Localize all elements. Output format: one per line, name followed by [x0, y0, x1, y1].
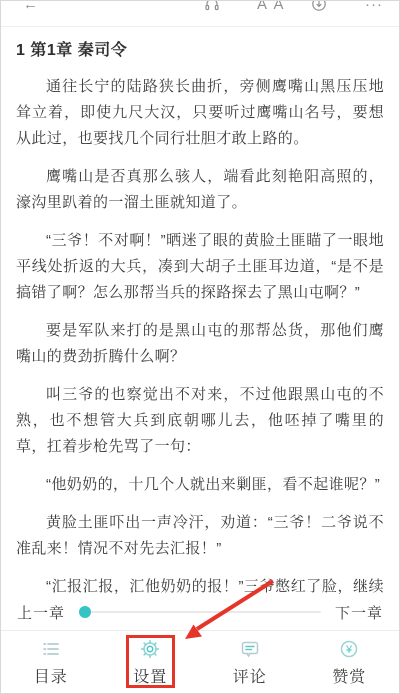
tab-comments[interactable]: 评论 — [200, 638, 300, 687]
yuan-symbol: ¥ — [345, 643, 353, 655]
download-icon[interactable] — [311, 1, 327, 17]
paragraph: 叫三爷的也察觉出不对来，不过他跟黑山屯的不熟，也不想管大兵到底朝哪儿去，他呸掉了… — [16, 382, 384, 460]
comment-icon — [239, 638, 261, 660]
chapter-progress-slider[interactable] — [79, 606, 325, 618]
back-icon[interactable]: ← — [23, 1, 38, 14]
more-icon[interactable]: ··· — [365, 1, 383, 14]
listen-headset-icon[interactable] — [204, 1, 220, 17]
paragraph: 通往长宁的陆路狭长曲折，旁侧鹰嘴山黑压压地耸立着，即使九尺大汉，只要听过鹰嘴山名… — [16, 74, 384, 152]
paragraph: “三爷！不对啊！”晒迷了眼的黄脸土匪瞄了一眼地平线处折返的大兵，凑到大胡子土匪耳… — [16, 228, 384, 306]
bottom-tab-bar: 目录 设置 — [1, 631, 399, 693]
paragraph: 黄脸土匪吓出一声冷汗，劝道：“三爷！二爷说不准乱来！情况不对先去汇报！” — [16, 510, 384, 562]
next-chapter-button[interactable]: 下一章 — [335, 602, 383, 623]
prev-chapter-button[interactable]: 上一章 — [17, 602, 65, 623]
reader-footer: 上一章 下一章 目录 — [1, 594, 399, 693]
paragraph: 鹰嘴山是否真那么骇人，端看此刻艳阳高照的，濠沟里趴着的一溜土匪就知道了。 — [16, 164, 384, 216]
paragraph: “他奶奶的，十几个人就出来剿匪，看不起谁呢？” — [16, 472, 384, 498]
tab-catalog[interactable]: 目录 — [1, 638, 101, 687]
tab-settings[interactable]: 设置 — [101, 638, 201, 687]
tab-label: 设置 — [133, 664, 167, 687]
top-app-bar: ← A A ··· — [1, 1, 399, 27]
tab-label: 目录 — [34, 664, 68, 687]
tab-label: 评论 — [233, 664, 267, 687]
chapter-progress-row: 上一章 下一章 — [1, 594, 399, 631]
reward-yuan-icon: ¥ — [338, 638, 360, 660]
tab-label: 赞赏 — [332, 664, 366, 687]
slider-thumb[interactable] — [79, 606, 91, 618]
tab-reward[interactable]: ¥ 赞赏 — [300, 638, 400, 687]
font-size-icon[interactable]: A A — [257, 1, 286, 14]
gear-icon — [139, 638, 161, 660]
chapter-title: 1 第1章 秦司令 — [16, 37, 384, 60]
paragraph: 要是军队来打的是黑山屯的那帮怂货，那他们鹰嘴山的费劲折腾什么啊？ — [16, 318, 384, 370]
reader-app-screen: ← A A ··· 1 第1章 秦司令 通往长宁的陆路狭长曲折，旁侧鹰嘴山黑压压… — [0, 0, 400, 694]
slider-track[interactable] — [79, 611, 321, 613]
reading-content: 1 第1章 秦司令 通往长宁的陆路狭长曲折，旁侧鹰嘴山黑压压地耸立着，即使九尺大… — [1, 27, 399, 626]
list-icon — [40, 638, 62, 660]
